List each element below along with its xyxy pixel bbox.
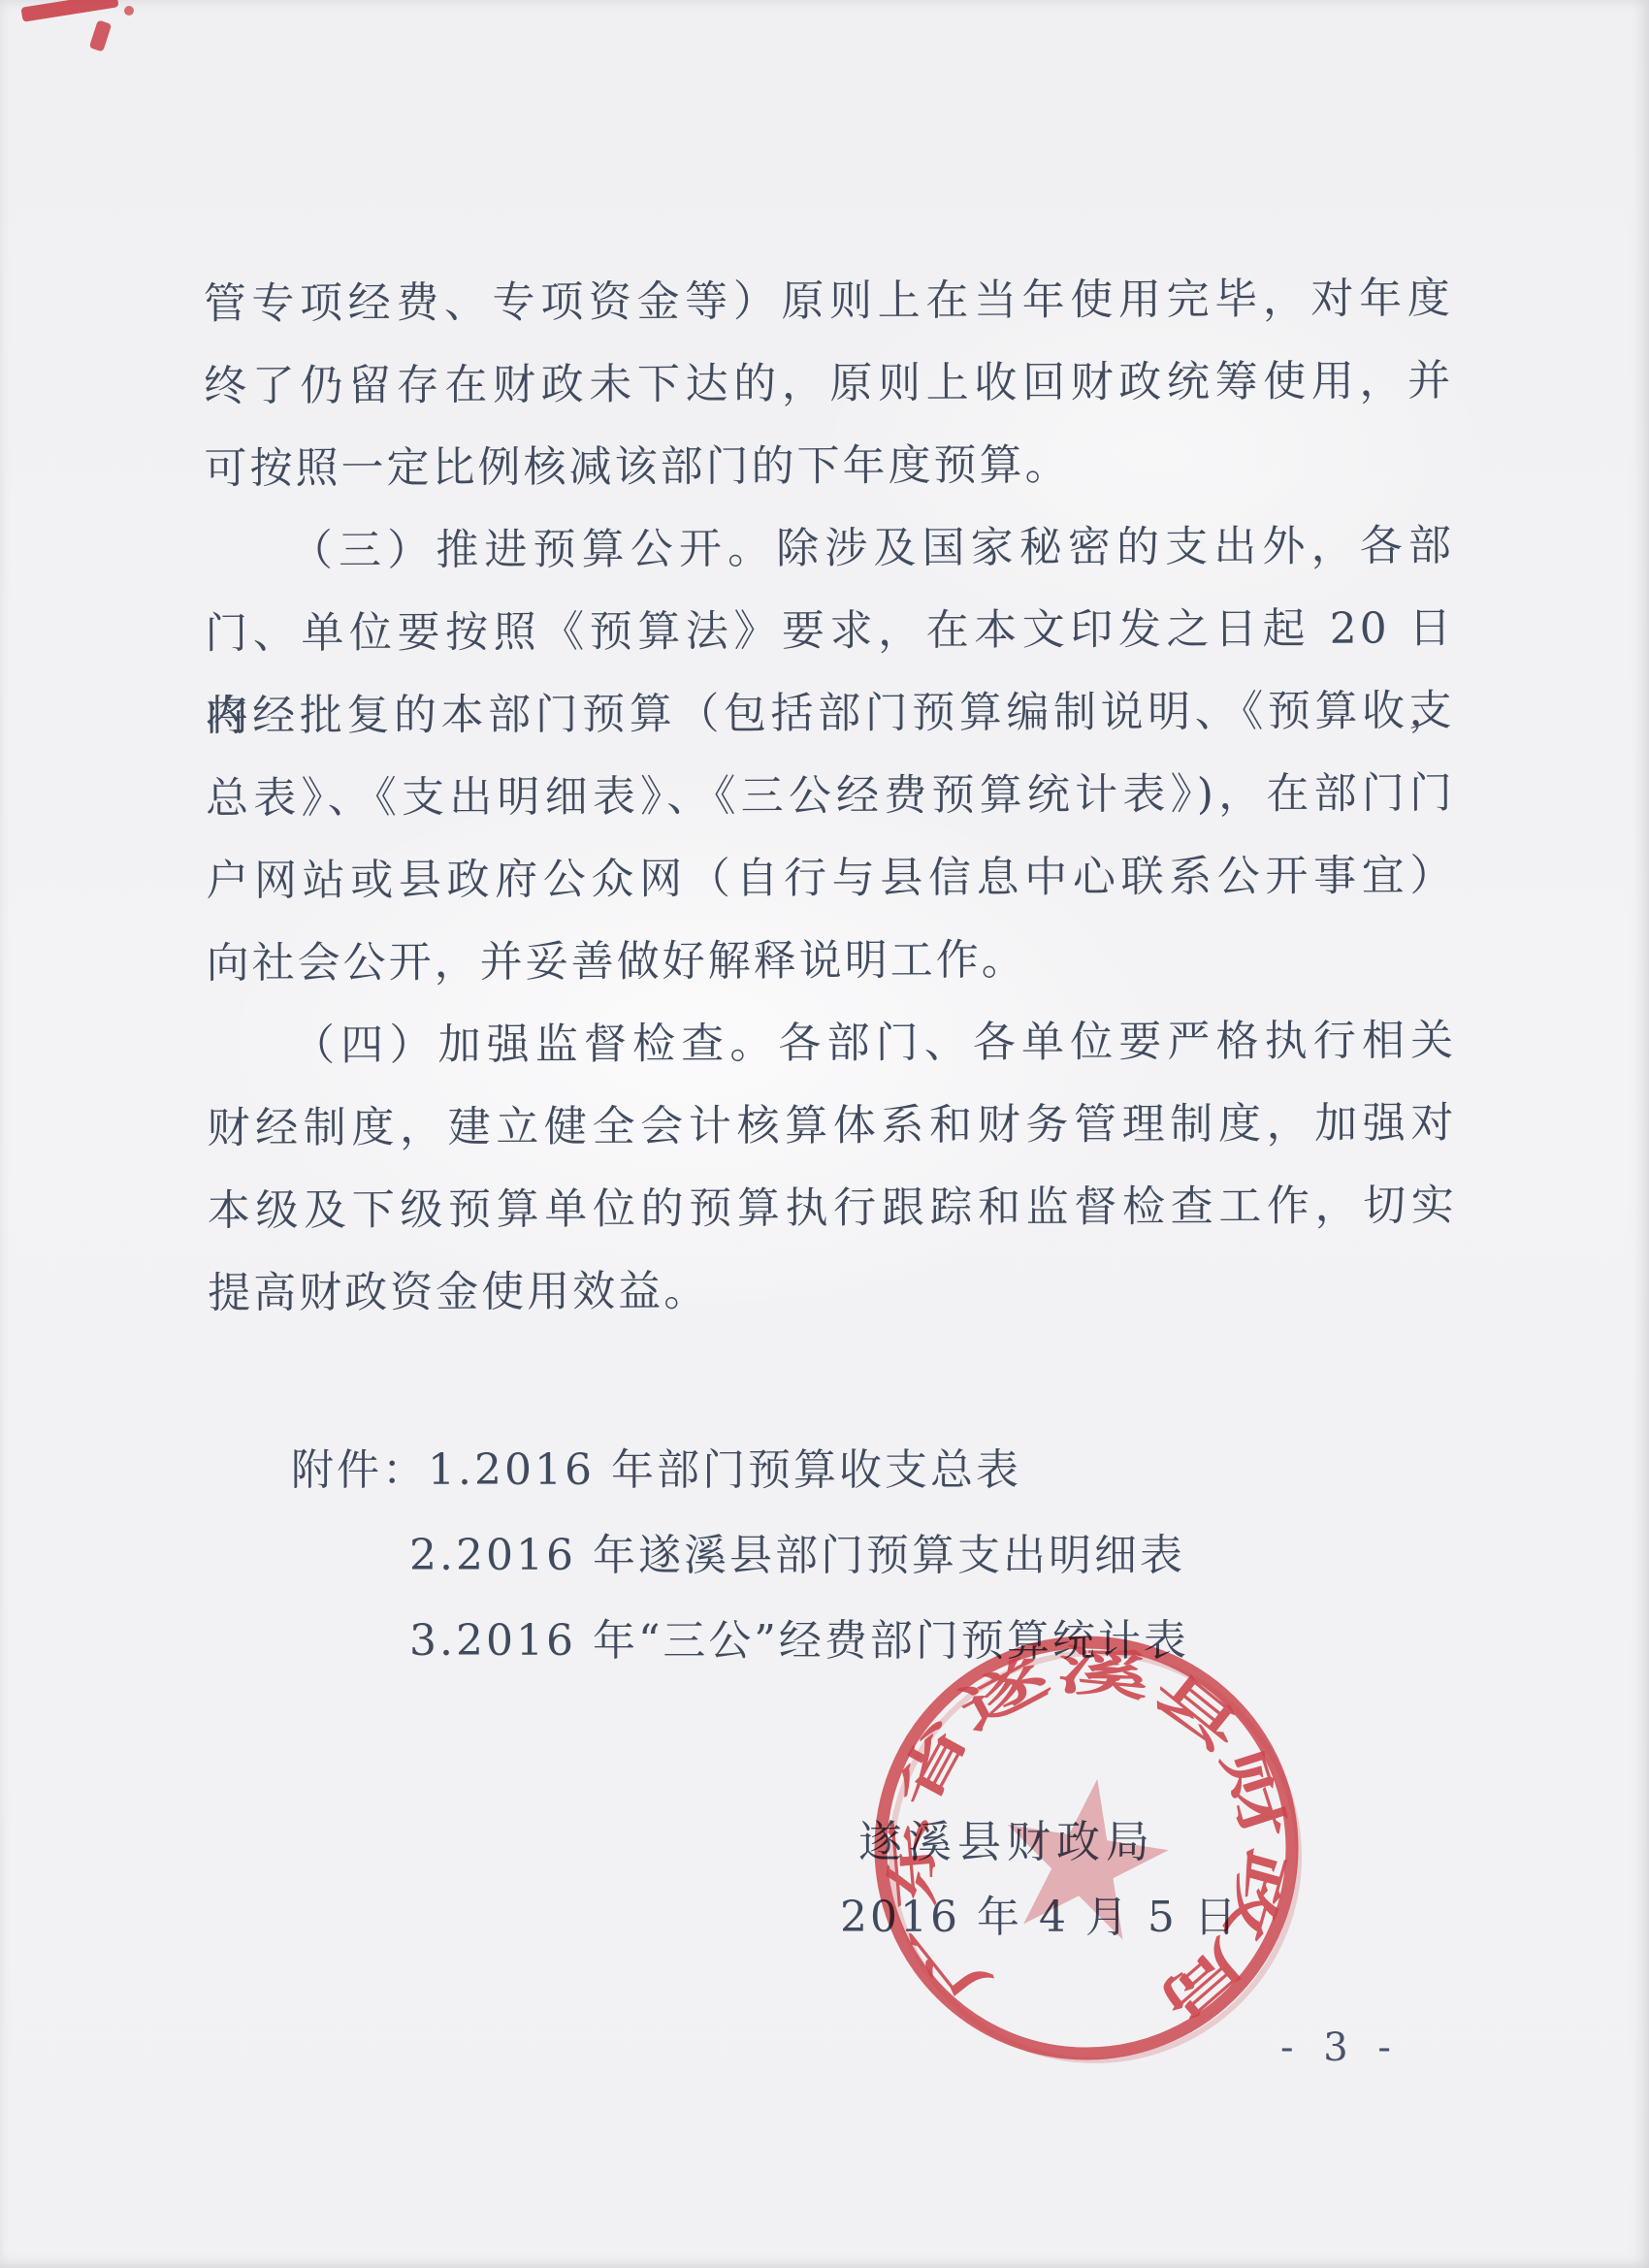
- seal-star-icon: [992, 1766, 1178, 1945]
- body-line: 可按照一定比例核减该部门的下年度预算。: [204, 422, 1453, 510]
- scan-artifact: [124, 6, 134, 16]
- body-line: 终了仍留存在财政未下达的，原则上收回财政统筹使用，并: [204, 340, 1453, 428]
- scanned-document-page: 管专项经费、专项资金等）原则上在当年使用完毕，对年度 终了仍留存在财政未下达的，…: [0, 0, 1649, 2268]
- body-line: 户网站或县政府公众网（自行与县信息中心联系公开事宜）: [206, 834, 1455, 923]
- body-line: 门、单位要按照《预算法》要求，在本文印发之日起 20 日内，: [205, 587, 1454, 675]
- attachment-item: 附件：1.2016 年部门预算收支总表: [291, 1428, 1189, 1513]
- page-number: - 3 -: [1280, 2025, 1400, 2070]
- body-line: 财经制度，建立健全会计核算体系和财务管理制度，加强对: [207, 1082, 1456, 1170]
- attachment-title: 1.2016 年部门预算收支总表: [428, 1445, 1021, 1495]
- body-line: （四）加强监督检查。各部门、各单位要严格执行相关: [207, 999, 1456, 1087]
- document-body: 管专项经费、专项资金等）原则上在当年使用完毕，对年度 终了仍留存在财政未下达的，…: [204, 257, 1458, 1335]
- body-line: 向社会公开，并妥善做好解释说明工作。: [207, 917, 1456, 1005]
- body-line: 管专项经费、专项资金等）原则上在当年使用完毕，对年度: [204, 257, 1453, 345]
- official-seal: 广东省遂溪县财政局: [858, 1605, 1314, 2090]
- scan-artifact: [89, 19, 113, 51]
- body-line: 本级及下级预算单位的预算执行跟踪和监督检查工作，切实: [208, 1164, 1457, 1252]
- body-line: 总表》、《支出明细表》、《三公经费预算统计表》)，在部门门: [206, 752, 1455, 840]
- attachment-title: 2.2016 年遂溪县部门预算支出明细表: [409, 1531, 1185, 1580]
- attachment-item: 2.2016 年遂溪县部门预算支出明细表: [291, 1513, 1189, 1599]
- body-line: 将经批复的本部门预算（包括部门预算编制说明、《预算收支: [205, 669, 1454, 758]
- scan-artifact: [20, 0, 118, 22]
- body-line: 提高财政资金使用效益。: [208, 1247, 1457, 1335]
- body-line: （三）推进预算公开。除涉及国家秘密的支出外，各部: [205, 504, 1454, 593]
- attachments-label: 附件：: [291, 1445, 428, 1495]
